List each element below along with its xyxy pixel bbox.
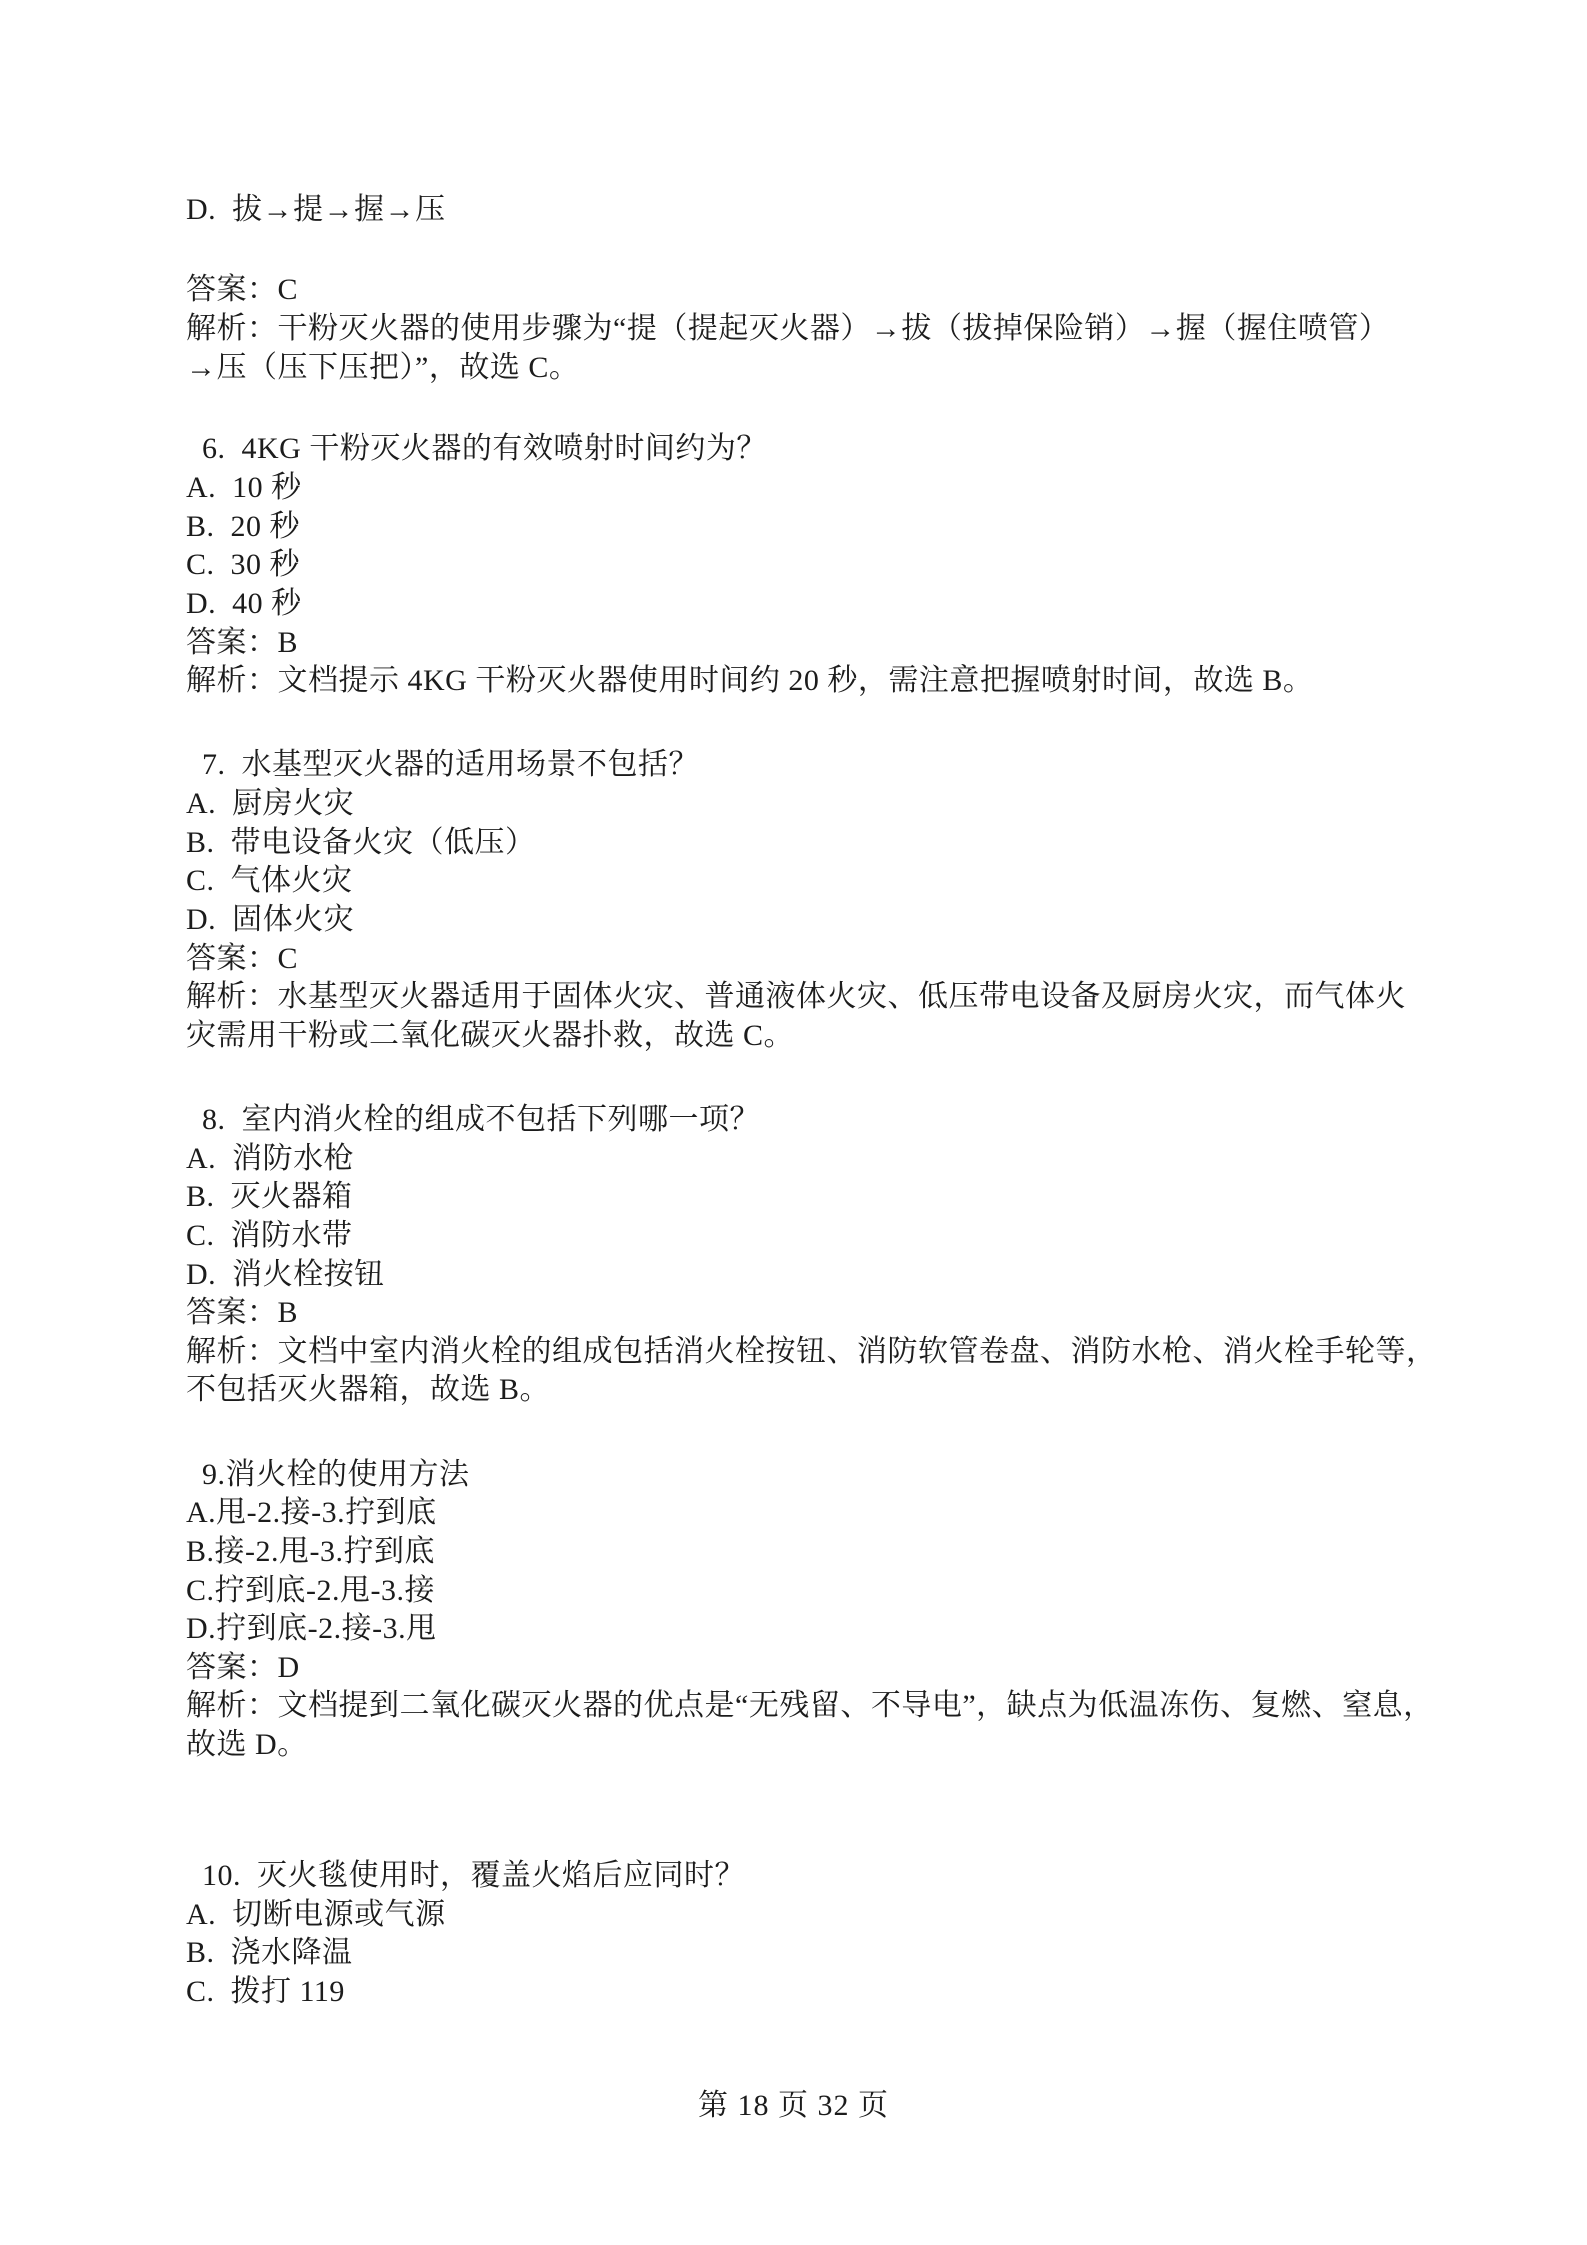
q5-answer: 答案：C: [186, 271, 298, 309]
q6-option-d: D. 40 秒: [186, 585, 302, 623]
q8-option-a: A. 消防水枪: [186, 1140, 354, 1178]
q5-analysis-line1: 解析：干粉灭火器的使用步骤为“提（提起灭火器）→拔（拔掉保险销）→握（握住喷管）: [186, 310, 1389, 348]
q7-analysis-line2: 灾需用干粉或二氧化碳灭火器扑救，故选 C。: [186, 1017, 794, 1055]
q9-option-b: B.接-2.甩-3.拧到底: [186, 1533, 435, 1571]
q9-answer: 答案：D: [186, 1649, 300, 1687]
q8-analysis-line2: 不包括灭火器箱，故选 B。: [186, 1371, 550, 1409]
q9-option-d: D.拧到底-2.接-3.甩: [186, 1610, 437, 1648]
q10-option-c: C. 拨打 119: [186, 1973, 345, 2011]
q7-analysis-line1: 解析：水基型灭火器适用于固体火灾、普通液体火灾、低压带电设备及厨房火灾，而气体火: [186, 978, 1406, 1016]
q5-analysis-line2: →压（压下压把）”，故选 C。: [186, 349, 579, 387]
q10-option-a: A. 切断电源或气源: [186, 1896, 446, 1934]
q9-option-c: C.拧到底-2.甩-3.接: [186, 1572, 435, 1610]
q9-option-a: A.甩-2.接-3.拧到底: [186, 1494, 437, 1532]
q10-option-b: B. 浇水降温: [186, 1934, 353, 1972]
q9-analysis-line2: 故选 D。: [186, 1726, 308, 1764]
q6-option-a: A. 10 秒: [186, 469, 302, 507]
q7-option-d: D. 固体火灾: [186, 901, 354, 939]
q7-option-a: A. 厨房火灾: [186, 785, 354, 823]
q6-option-c: C. 30 秒: [186, 546, 300, 584]
q8-option-c: C. 消防水带: [186, 1217, 353, 1255]
q8-option-b: B. 灭火器箱: [186, 1178, 353, 1216]
q6-answer: 答案：B: [186, 624, 298, 662]
q8-title: 8. 室内消火栓的组成不包括下列哪一项？: [202, 1101, 760, 1139]
q7-option-b: B. 带电设备火灾（低压）: [186, 824, 536, 862]
page-number-footer: 第 18 页 32 页: [0, 2080, 1587, 2124]
document-page: D. 拔→提→握→压 答案：C 解析：干粉灭火器的使用步骤为“提（提起灭火器）→…: [0, 0, 1587, 2245]
q7-answer: 答案：C: [186, 940, 298, 978]
q9-title: 9.消火栓的使用方法: [202, 1456, 470, 1494]
q6-title: 6. 4KG 干粉灭火器的有效喷射时间约为？: [202, 430, 767, 468]
q8-answer: 答案：B: [186, 1294, 298, 1332]
q9-analysis-line1: 解析：文档提到二氧化碳灭火器的优点是“无残留、不导电”，缺点为低温冻伤、复燃、窒…: [186, 1687, 1434, 1725]
q7-title: 7. 水基型灭火器的适用场景不包括？: [202, 746, 699, 784]
q6-option-b: B. 20 秒: [186, 508, 300, 546]
q5-option-d: D. 拔→提→握→压: [186, 191, 446, 229]
q7-option-c: C. 气体火灾: [186, 862, 353, 900]
q6-analysis-line1: 解析：文档提示 4KG 干粉灭火器使用时间约 20 秒，需注意把握喷射时间，故选…: [186, 662, 1313, 700]
q10-title: 10. 灭火毯使用时，覆盖火焰后应同时？: [202, 1857, 745, 1895]
q8-analysis-line1: 解析：文档中室内消火栓的组成包括消火栓按钮、消防软管卷盘、消防水枪、消火栓手轮等…: [186, 1333, 1437, 1371]
q8-option-d: D. 消火栓按钮: [186, 1256, 385, 1294]
